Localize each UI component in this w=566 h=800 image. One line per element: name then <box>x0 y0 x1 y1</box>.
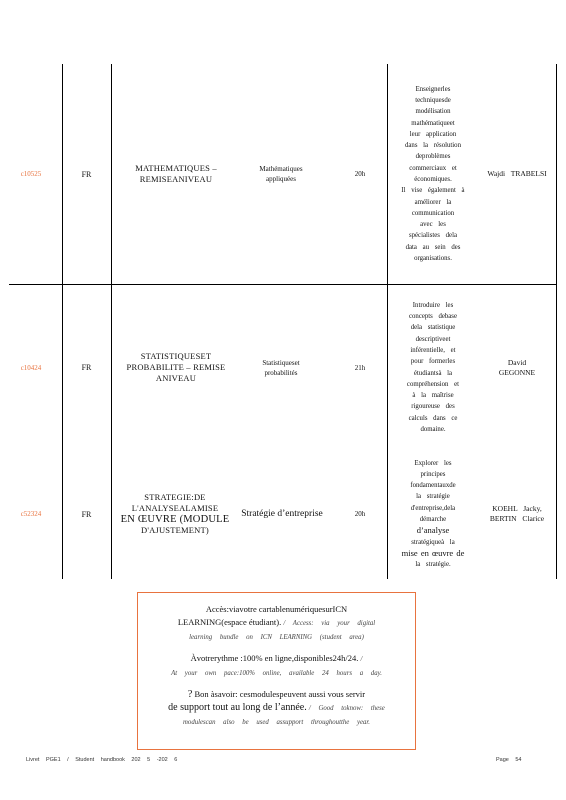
course-hours: 21h <box>340 285 380 450</box>
question-mark-icon: ? <box>188 689 192 700</box>
description-line: calculs dans ce <box>392 413 474 424</box>
access-info: Accès:viavotre cartablenumériquesurICN L… <box>152 603 401 644</box>
description-line: principes <box>392 469 474 480</box>
description-line: mathématiqueet <box>392 118 474 129</box>
course-code: c10424 <box>0 285 62 450</box>
course-description: Explorer lesprincipesfondamentauxdela st… <box>388 450 478 578</box>
course-title: STATISTIQUESETPROBABILITE – REMISEANIVEA… <box>111 285 241 450</box>
course-teacher: KOEHL Jacky,BERTIN Clarice <box>478 450 556 578</box>
course-title: STRATEGIE:DEL'ANALYSEALAMISEEN ŒUVRE (MO… <box>111 450 239 578</box>
course-language: FR <box>62 285 111 450</box>
course-subject: Stratégie d’entreprise <box>236 450 328 578</box>
course-description: Introduire lesconcepts debasedela statis… <box>388 285 478 450</box>
course-subject: Mathématiquesappliquées <box>241 64 321 284</box>
description-line: concepts debase <box>392 311 474 322</box>
description-line: Introduire les <box>392 300 474 311</box>
course-hours: 20h <box>340 450 380 578</box>
description-line: descriptiveet <box>392 334 474 345</box>
description-line: étudiantsà la <box>392 368 474 379</box>
description-line: compréhension et <box>392 379 474 390</box>
description-line: domaine. <box>392 424 474 435</box>
footer-page-number: Page 54 <box>496 757 522 763</box>
table-divider <box>556 64 557 579</box>
course-teacher: DavidGEGONNE <box>478 285 556 450</box>
footer-handbook: Livret PGE1 / Student handbook 202 5 -20… <box>26 757 177 763</box>
description-line: modélisation <box>392 106 474 117</box>
description-line: d’analyse <box>392 525 474 536</box>
tip-info: ? Bon àsavoir: cesmodulespeuvent aussi v… <box>152 688 401 729</box>
description-line: fondamentauxde <box>392 480 474 491</box>
description-line: techniquesde <box>392 95 474 106</box>
description-line: la stratégie. <box>392 559 474 570</box>
description-line: dela statistique <box>392 322 474 333</box>
course-hours: 20h <box>340 64 380 284</box>
description-line: dans la résolution <box>392 140 474 151</box>
description-line: spécialistes dela <box>392 230 474 241</box>
description-line: data au sein des <box>392 242 474 253</box>
description-line: la stratégie <box>392 491 474 502</box>
description-line: organisations. <box>392 253 474 264</box>
description-line: pour formerles <box>392 356 474 367</box>
course-subject: Statistiquesetprobabilités <box>241 285 321 450</box>
description-line: mise en œuvre de <box>392 548 474 559</box>
description-line: démarche <box>392 514 474 525</box>
description-line: rigoureuse des <box>392 401 474 412</box>
course-code: c52324 <box>0 450 62 578</box>
course-code: c10525 <box>0 64 62 284</box>
info-box: Accès:viavotre cartablenumériquesurICN L… <box>137 592 416 750</box>
description-line: Enseignerles <box>392 84 474 95</box>
description-line: Il vise également à <box>392 185 474 196</box>
description-line: deproblèmes <box>392 151 474 162</box>
description-line: améliorer la <box>392 197 474 208</box>
description-line: inférentielle, et <box>392 345 474 356</box>
course-title: MATHEMATIQUES –REMISEANIVEAU <box>111 64 241 284</box>
description-line: économiques. <box>392 174 474 185</box>
course-language: FR <box>62 450 111 578</box>
description-line: leur application <box>392 129 474 140</box>
course-description: Enseignerlestechniquesdemodélisationmath… <box>388 64 478 284</box>
description-line: commerciaux et <box>392 163 474 174</box>
course-language: FR <box>62 64 111 284</box>
description-line: Explorer les <box>392 458 474 469</box>
course-teacher: Wajdi TRABELSI <box>478 64 556 284</box>
description-line: stratégiqueà la <box>392 537 474 548</box>
description-line: avec les <box>392 219 474 230</box>
description-line: communication <box>392 208 474 219</box>
description-line: d'entreprise,dela <box>392 503 474 514</box>
description-line: à la maîtrise <box>392 390 474 401</box>
pace-info: Àvotrerythme :100% en ligne,disponibles2… <box>152 652 401 680</box>
